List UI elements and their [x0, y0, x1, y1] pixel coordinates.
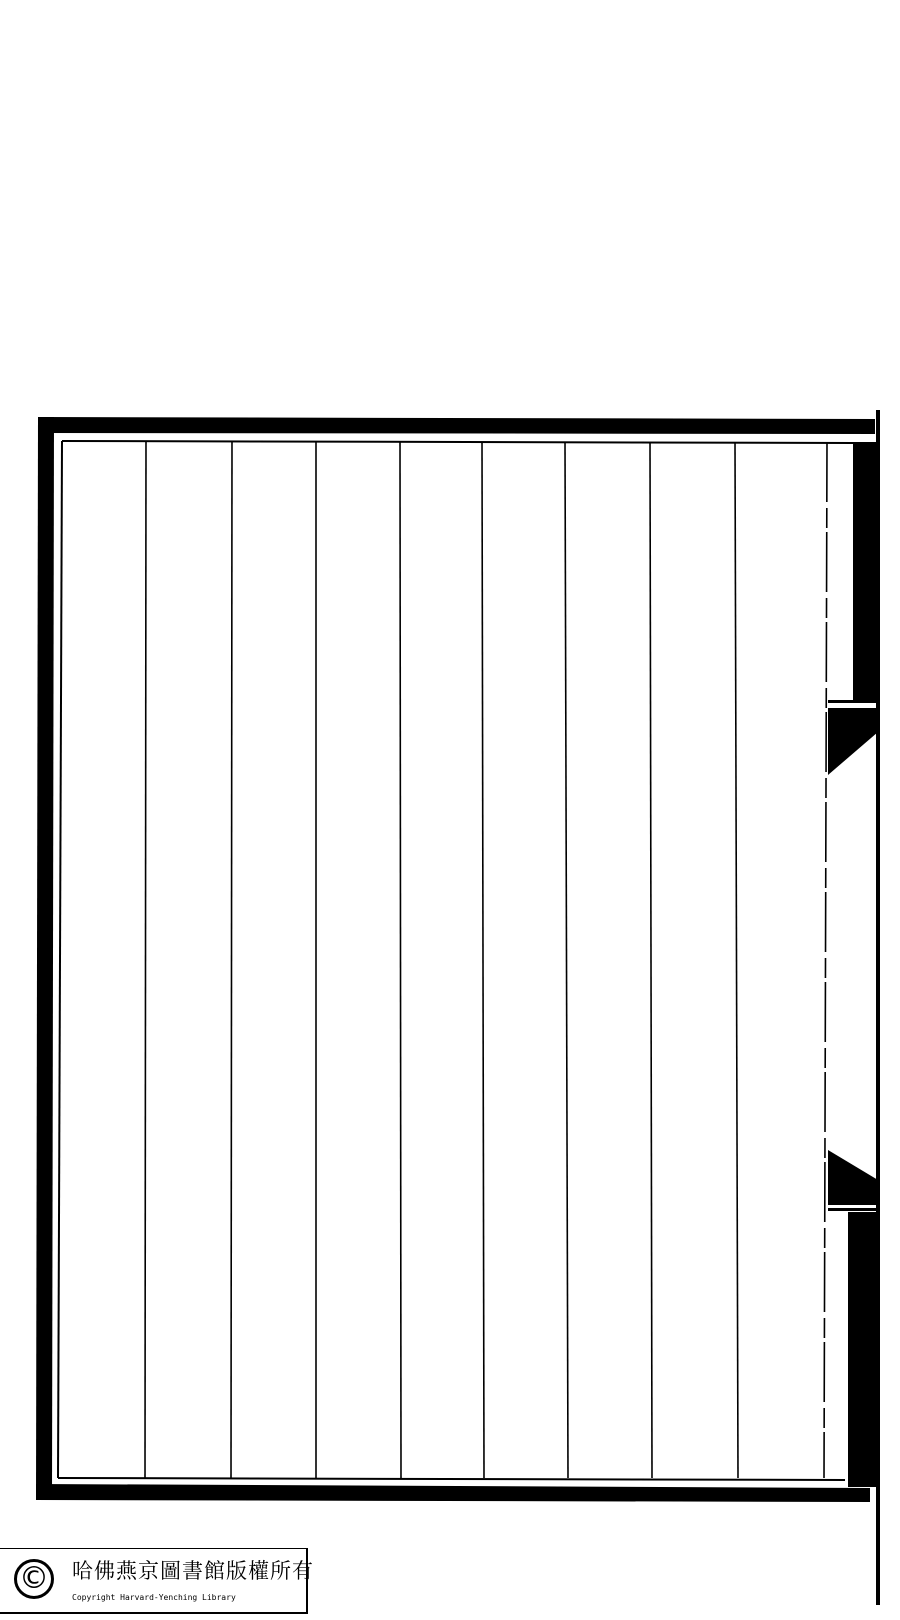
column-rule [145, 442, 146, 1478]
upper-fishtail [828, 708, 878, 775]
column-rule [231, 442, 232, 1478]
inner-border [58, 441, 853, 1480]
column-rule [482, 442, 484, 1478]
copyright-icon: © [14, 1559, 54, 1599]
column-rule [824, 442, 827, 1478]
lower-fishtail [828, 1150, 878, 1205]
copyright-english-text: Copyright Harvard-Yenching Library [72, 1593, 236, 1602]
copyright-stamp: © 哈佛燕京圖書館版權所有 Copyright Harvard-Yenching… [0, 1548, 308, 1614]
column-rule [735, 442, 738, 1478]
column-rule [565, 442, 568, 1478]
column-rule [400, 442, 401, 1478]
book-page-scan [0, 0, 900, 1620]
banxin-center-strip [828, 410, 880, 1605]
outer-border [36, 417, 875, 1502]
column-rules [145, 442, 827, 1478]
column-rule [650, 442, 652, 1478]
copyright-chinese-text: 哈佛燕京圖書館版權所有 [72, 1555, 314, 1585]
